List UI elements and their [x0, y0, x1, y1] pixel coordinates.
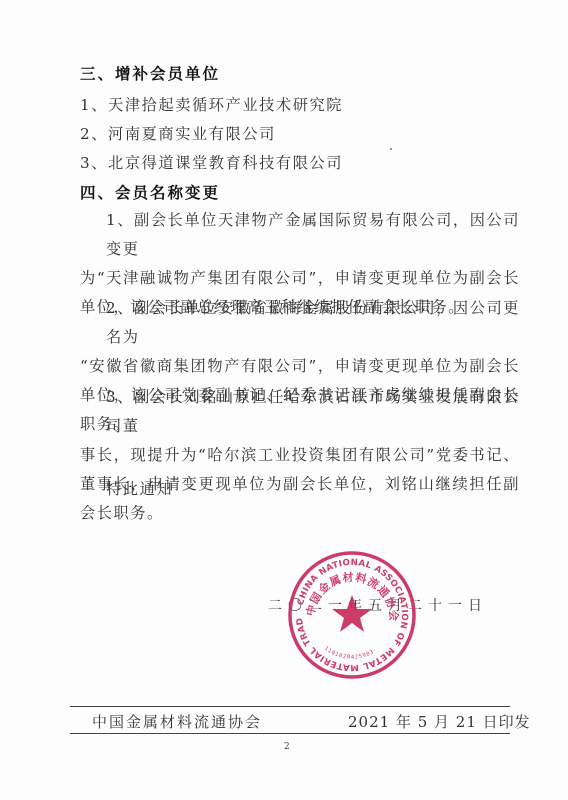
- speck: [390, 148, 392, 150]
- member-item: 1、天津拾起卖循环产业技术研究院: [80, 94, 343, 115]
- footer-rule-top: [70, 706, 510, 707]
- paragraph-first-line: 3、副会长刘铭山原担任哈尔滨古铁市场实业发展有限公司董: [80, 383, 520, 441]
- page-number: 2: [284, 742, 290, 752]
- official-seal-icon: CHINA NATIONAL ASSOCIATION OF METAL MATE…: [286, 549, 418, 681]
- closing-text: 特此通知: [106, 478, 173, 499]
- footer-rule-bottom: [70, 733, 510, 734]
- section-heading-add-members: 三、增补会员单位: [80, 62, 220, 84]
- change-paragraph-3: 3、副会长刘铭山原担任哈尔滨古铁市场实业发展有限公司董 事长，现提升为“哈尔滨工…: [80, 383, 520, 528]
- member-item: 3、北京得道课堂教育科技有限公司: [80, 152, 343, 173]
- footer-organization: 中国金属材料流通协会: [92, 711, 262, 732]
- paragraph-first-line: 2、副会长单位安徽省徽商金属股份有限公司，因公司更名为: [80, 294, 520, 352]
- footer-issue-date: 2021 年 5 月 21 日印发: [348, 711, 531, 732]
- member-item: 2、河南夏商实业有限公司: [80, 123, 276, 144]
- document-page: 三、增补会员单位 1、天津拾起卖循环产业技术研究院 2、河南夏商实业有限公司 3…: [0, 0, 568, 800]
- section-heading-name-change: 四、会员名称变更: [80, 181, 220, 203]
- paragraph-first-line: 1、副会长单位天津物产金属国际贸易有限公司，因公司变更: [80, 206, 520, 264]
